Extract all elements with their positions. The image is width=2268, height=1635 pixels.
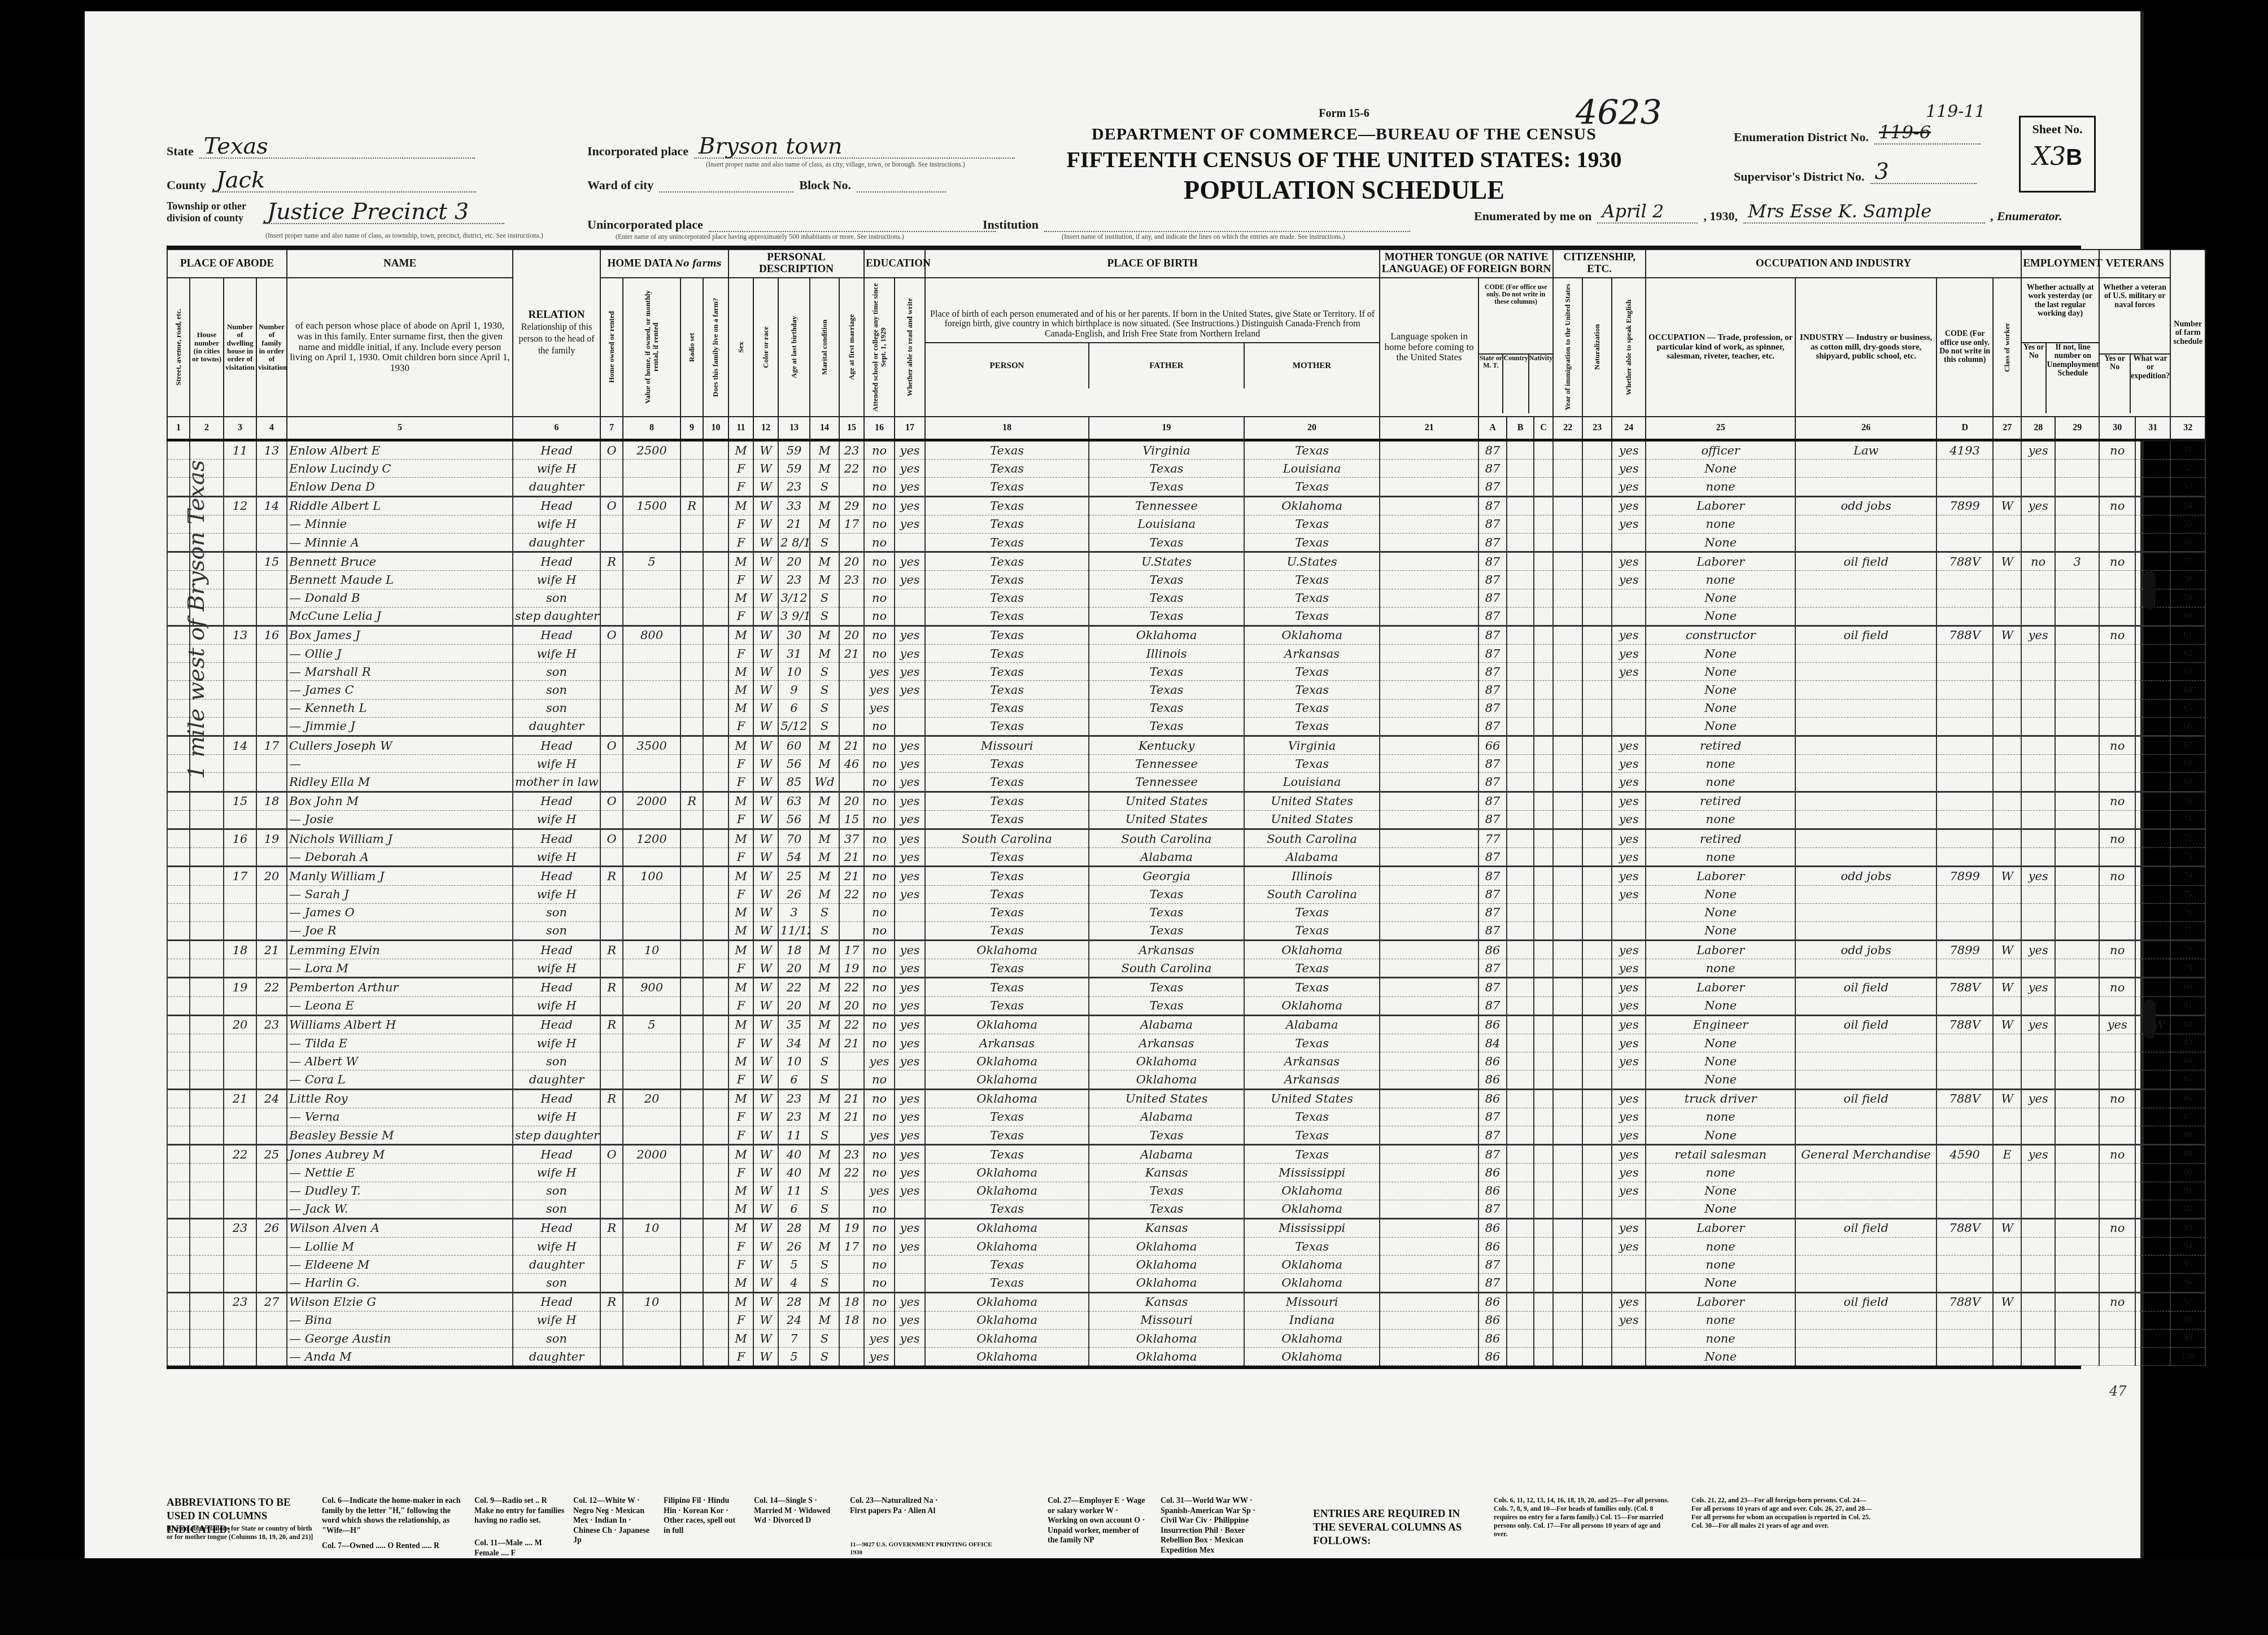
farm-cell (703, 1182, 729, 1200)
dwelling-number-cell (224, 571, 256, 589)
class-of-worker-cell (1993, 1256, 2021, 1274)
naturalization-cell (1582, 1200, 1612, 1218)
immigration-year-cell (1553, 1089, 1582, 1108)
code-a-cell: 87 (1478, 755, 1507, 773)
age-first-marriage-cell: 29 (839, 496, 864, 515)
relation-cell: son (513, 903, 600, 921)
occupation-code-cell (1936, 810, 1993, 829)
race-cell: W (753, 626, 778, 644)
at-work-cell (2021, 1182, 2055, 1200)
age-first-marriage-cell (839, 699, 864, 717)
marital-cell: M (810, 571, 839, 589)
radio-cell (681, 1126, 703, 1144)
occupation-code-cell (1936, 533, 1993, 552)
language-cell (1380, 571, 1478, 589)
table-row: — Jack W.sonMW6SnoTexasTexasOklahoma87No… (167, 1200, 2205, 1218)
enumerated-date: April 2 (1602, 200, 1664, 222)
dwelling-number-cell (224, 515, 256, 533)
code-a-cell: 87 (1478, 552, 1507, 571)
at-work-cell: yes (2021, 941, 2055, 959)
race-cell: W (753, 1164, 778, 1182)
scan-clip-mark (2143, 570, 2156, 610)
race-cell: W (753, 792, 778, 810)
industry-cell (1795, 1256, 1936, 1274)
table-row: 1214Riddle Albert LHeadO1500RMW33M29noye… (167, 496, 2205, 515)
naturalization-cell (1582, 440, 1612, 460)
age-first-marriage-cell: 17 (839, 515, 864, 533)
language-cell (1380, 959, 1478, 978)
name-cell: — Verna (287, 1108, 513, 1126)
age-first-marriage-cell: 17 (839, 941, 864, 959)
age-first-marriage-cell (839, 1070, 864, 1089)
dwelling-number-cell (224, 681, 256, 699)
unemployment-line-cell (2055, 1274, 2099, 1292)
class-of-worker-cell (1993, 1164, 2021, 1182)
immigration-year-cell (1553, 571, 1582, 589)
industry-cell (1795, 996, 1936, 1015)
unemployment-line-cell (2055, 903, 2099, 921)
farm-cell (703, 589, 729, 607)
father-birthplace-cell: Texas (1089, 460, 1244, 478)
age-first-marriage-cell: 22 (839, 1015, 864, 1034)
father-birthplace-cell: Texas (1089, 903, 1244, 921)
speak-english-cell: yes (1612, 571, 1646, 589)
class-of-worker-cell (1993, 736, 2021, 755)
school-cell: yes (864, 1126, 895, 1144)
occupation-cell: None (1646, 533, 1795, 552)
speak-english-cell (1612, 699, 1646, 717)
radio-cell (681, 1145, 703, 1164)
mother-birthplace-cell: Alabama (1244, 848, 1380, 867)
home-owned-cell: R (600, 941, 623, 959)
entries-title: ENTRIES ARE REQUIRED IN THE SEVERAL COLU… (1313, 1507, 1482, 1547)
naturalization-cell (1582, 1108, 1612, 1126)
code-b-cell (1507, 1164, 1534, 1182)
at-work-cell (2021, 885, 2055, 903)
marital-cell: M (810, 848, 839, 867)
ward-label: Ward of city (587, 178, 653, 193)
speak-english-cell: yes (1612, 736, 1646, 755)
abbrev-col14: Col. 14—Single S · Married M · Widowed W… (754, 1496, 839, 1526)
sex-cell: M (729, 1200, 753, 1218)
home-owned-cell: O (600, 1145, 623, 1164)
war-cell (2135, 717, 2170, 736)
table-row: 1821Lemming ElvinHeadR10MW18M17noyesOkla… (167, 941, 2205, 959)
name-cell: Enlow Dena D (287, 478, 513, 496)
supervisor-label: Supervisor's District No. (1734, 169, 1865, 184)
column-number: C (1534, 417, 1553, 440)
mother-birthplace-cell: Texas (1244, 533, 1380, 552)
speak-english-cell: yes (1612, 1182, 1646, 1200)
stamp-number: 4623 (1576, 93, 1662, 133)
age-first-marriage-cell: 37 (839, 829, 864, 847)
race-cell: W (753, 959, 778, 978)
home-value-cell (623, 589, 681, 607)
father-birthplace-cell: Texas (1089, 1200, 1244, 1218)
family-number-cell (256, 810, 287, 829)
read-write-cell (895, 717, 925, 736)
farm-cell (703, 1311, 729, 1329)
occupation-code-cell: 7899 (1936, 496, 1993, 515)
code-b-cell (1507, 1256, 1534, 1274)
form-title-block: Form 15-6 DEPARTMENT OF COMMERCE—BUREAU … (1062, 107, 1626, 205)
naturalization-cell (1582, 829, 1612, 847)
marital-cell: M (810, 1015, 839, 1034)
industry-cell (1795, 589, 1936, 607)
father-birthplace-cell: United States (1089, 1089, 1244, 1108)
naturalization-cell (1582, 1182, 1612, 1200)
read-write-cell (895, 1256, 925, 1274)
speak-english-cell: yes (1612, 496, 1646, 515)
line-number-cell: 81 (2170, 996, 2205, 1015)
radio-cell (681, 1311, 703, 1329)
veteran-cell (2099, 810, 2135, 829)
race-cell: W (753, 552, 778, 571)
naturalization-cell (1582, 607, 1612, 626)
industry-cell: oil field (1795, 1218, 1936, 1237)
farm-cell (703, 755, 729, 773)
marital-cell: M (810, 440, 839, 460)
veteran-cell: no (2099, 978, 2135, 996)
mother-birthplace-cell: Oklahoma (1244, 1182, 1380, 1200)
family-number-cell (256, 478, 287, 496)
war-cell (2135, 959, 2170, 978)
veteran-cell (2099, 885, 2135, 903)
at-work-cell: yes (2021, 1015, 2055, 1034)
age-first-marriage-cell (839, 1200, 864, 1218)
birthplace-cell: Oklahoma (925, 1089, 1089, 1108)
race-cell: W (753, 1052, 778, 1070)
group-place-of-abode: PLACE OF ABODE (167, 250, 287, 278)
at-work-cell (2021, 755, 2055, 773)
unemployment-line-cell (2055, 663, 2099, 681)
relation-cell: Head (513, 496, 600, 515)
farm-cell (703, 959, 729, 978)
family-number-cell (256, 1256, 287, 1274)
table-row: — Jimmie JdaughterFW5/12SnoTexasTexasTex… (167, 717, 2205, 736)
war-cell (2135, 885, 2170, 903)
home-owned-cell (600, 1330, 623, 1348)
read-write-cell: yes (895, 1015, 925, 1034)
speak-english-cell (1612, 589, 1646, 607)
language-cell (1380, 589, 1478, 607)
code-c-cell (1534, 773, 1553, 792)
code-a-cell: 86 (1478, 1182, 1507, 1200)
age-cell: 28 (778, 1218, 810, 1237)
code-head: CODE (For office use only. Do not write … (1479, 281, 1552, 355)
birthplace-cell: Texas (925, 848, 1089, 867)
form-number: Form 15-6 (1062, 107, 1626, 120)
age-cell: 6 (778, 1070, 810, 1089)
race-cell: W (753, 607, 778, 626)
industry-cell (1795, 1238, 1936, 1256)
immigration-year-cell (1553, 959, 1582, 978)
code-b-cell (1507, 460, 1534, 478)
class-of-worker-cell (1993, 478, 2021, 496)
read-write-cell: yes (895, 496, 925, 515)
mother-birthplace-cell: Texas (1244, 515, 1380, 533)
abbrev-col31: Col. 31—World War WW · Spanish-American … (1161, 1496, 1273, 1555)
at-work-cell (2021, 1274, 2055, 1292)
marital-cell: M (810, 959, 839, 978)
birthplace-cell: Texas (925, 552, 1089, 571)
war-cell (2135, 755, 2170, 773)
occupation-cell: Laborer (1646, 552, 1795, 571)
name-cell: — Dudley T. (287, 1182, 513, 1200)
language-cell (1380, 699, 1478, 717)
street-cell (167, 921, 190, 940)
occupation-cell: none (1646, 1164, 1795, 1182)
code-b-cell (1507, 773, 1534, 792)
language-cell (1380, 829, 1478, 847)
age-cell: 26 (778, 1238, 810, 1256)
age-cell: 9 (778, 681, 810, 699)
language-cell (1380, 1164, 1478, 1182)
class-of-worker-cell: W (1993, 1015, 2021, 1034)
radio-cell (681, 1292, 703, 1311)
house-number-cell (190, 1292, 224, 1311)
language-cell (1380, 645, 1478, 663)
unemployment-line-cell (2055, 941, 2099, 959)
age-first-marriage-cell (839, 1274, 864, 1292)
birthplace-cell: Texas (925, 460, 1089, 478)
sheet-number-box: Sheet No. X3B (2019, 116, 2096, 193)
house-number-cell (190, 996, 224, 1015)
occupation-cell: none (1646, 848, 1795, 867)
radio-cell (681, 1015, 703, 1034)
relation-cell: Head (513, 867, 600, 885)
read-write-cell: yes (895, 1126, 925, 1144)
immigration-year-cell (1553, 1274, 1582, 1292)
naturalization-cell (1582, 885, 1612, 903)
birthplace-cell: Oklahoma (925, 1238, 1089, 1256)
war-cell (2135, 645, 2170, 663)
father-birthplace-cell: Alabama (1089, 1145, 1244, 1164)
name-cell: Wilson Elzie G (287, 1292, 513, 1311)
industry-cell: oil field (1795, 1089, 1936, 1108)
race-cell: W (753, 496, 778, 515)
occupation-cell: none (1646, 1238, 1795, 1256)
table-row: — Ollie Jwife HFW31M21noyesTexasIllinois… (167, 645, 2205, 663)
marital-cell: M (810, 941, 839, 959)
home-owned-cell (600, 515, 623, 533)
dwelling-number-cell: 14 (224, 736, 256, 755)
industry-cell: Law (1795, 440, 1936, 460)
col19-header: FATHER (1089, 343, 1245, 388)
group-veterans: VETERANS (2099, 250, 2170, 278)
family-number-cell (256, 1348, 287, 1366)
table-row: 2023Williams Albert HHeadR5MW35M22noyesO… (167, 1015, 2205, 1034)
dwelling-number-cell (224, 1256, 256, 1274)
father-birthplace-cell: Alabama (1089, 848, 1244, 867)
col24-header: Whether able to speak English (1612, 278, 1646, 417)
line-number-cell: 99 (2170, 1330, 2205, 1348)
occupation-cell: None (1646, 717, 1795, 736)
birthplace-cell: Texas (925, 1108, 1089, 1126)
class-of-worker-cell (1993, 1182, 2021, 1200)
war-cell (2135, 1274, 2170, 1292)
immigration-year-cell (1553, 903, 1582, 921)
relation-cell: son (513, 1052, 600, 1070)
class-of-worker-cell (1993, 1311, 2021, 1329)
farm-cell (703, 736, 729, 755)
speak-english-cell: yes (1612, 1034, 1646, 1052)
unemployment-line-cell (2055, 699, 2099, 717)
school-cell: yes (864, 663, 895, 681)
line-number-cell: 64 (2170, 681, 2205, 699)
language-cell (1380, 1256, 1478, 1274)
relation-cell: wife H (513, 959, 600, 978)
code-b-cell (1507, 829, 1534, 847)
relation-cell: Head (513, 1145, 600, 1164)
speak-english-cell: yes (1612, 1311, 1646, 1329)
veteran-cell (2099, 1274, 2135, 1292)
code-c-cell (1534, 1330, 1553, 1348)
occupation-code-cell: 7899 (1936, 867, 1993, 885)
table-row: Enlow Dena DdaughterFW23SnoyesTexasTexas… (167, 478, 2205, 496)
language-cell (1380, 903, 1478, 921)
home-owned-cell (600, 589, 623, 607)
occupation-code-cell (1936, 460, 1993, 478)
name-cell: — Minnie A (287, 533, 513, 552)
age-first-marriage-cell (839, 903, 864, 921)
language-cell (1380, 848, 1478, 867)
farm-cell (703, 1015, 729, 1034)
father-birthplace-cell: Texas (1089, 533, 1244, 552)
unemployment-line-cell (2055, 1292, 2099, 1311)
radio-cell (681, 1330, 703, 1348)
at-work-cell (2021, 717, 2055, 736)
family-number-cell (256, 1200, 287, 1218)
family-number-cell (256, 996, 287, 1015)
relation-cell: wife H (513, 645, 600, 663)
relation-cell: wife H (513, 885, 600, 903)
language-cell (1380, 1292, 1478, 1311)
family-number-cell: 20 (256, 867, 287, 885)
race-cell: W (753, 1311, 778, 1329)
marital-cell: M (810, 885, 839, 903)
language-cell (1380, 921, 1478, 940)
birthplace-cell: Texas (925, 681, 1089, 699)
birthplace-cell: Texas (925, 515, 1089, 533)
home-owned-cell (600, 1238, 623, 1256)
home-value-cell (623, 921, 681, 940)
table-row: — Vernawife HFW23M21noyesTexasAlabamaTex… (167, 1108, 2205, 1126)
farm-cell (703, 810, 729, 829)
dwelling-number-cell: 23 (224, 1292, 256, 1311)
relation-cell: son (513, 1182, 600, 1200)
occupation-code-cell (1936, 699, 1993, 717)
house-number-cell (190, 440, 224, 460)
industry-cell: oil field (1795, 552, 1936, 571)
school-cell: no (864, 571, 895, 589)
mother-birthplace-cell: Texas (1244, 921, 1380, 940)
street-cell (167, 792, 190, 810)
industry-cell (1795, 903, 1936, 921)
immigration-year-cell (1553, 829, 1582, 847)
occupation-cell: retired (1646, 792, 1795, 810)
col3-header: Number of dwelling house in order of vis… (224, 278, 256, 417)
race-cell: W (753, 848, 778, 867)
at-work-cell (2021, 848, 2055, 867)
table-row: 1619Nichols William JHeadO1200MW70M37noy… (167, 829, 2205, 847)
war-cell (2135, 1348, 2170, 1366)
home-value-cell: 900 (623, 978, 681, 996)
language-cell (1380, 1330, 1478, 1348)
industry-cell (1795, 1108, 1936, 1126)
code-c-cell (1534, 867, 1553, 885)
col10-header: Does this family live on a farm? (703, 278, 729, 417)
radio-cell (681, 681, 703, 699)
dwelling-number-cell (224, 699, 256, 717)
farm-cell (703, 773, 729, 792)
name-cell: Pemberton Arthur (287, 978, 513, 996)
naturalization-cell (1582, 903, 1612, 921)
industry-cell (1795, 921, 1936, 940)
father-birthplace-cell: Texas (1089, 699, 1244, 717)
radio-cell (681, 867, 703, 885)
margin-annotation: 1 mile west of Bryson Texas (184, 460, 210, 779)
dwelling-number-cell: 21 (224, 1089, 256, 1108)
language-cell (1380, 478, 1478, 496)
sex-cell: M (729, 792, 753, 810)
table-row: 1922Pemberton ArthurHeadR900MW22M22noyes… (167, 978, 2205, 996)
school-cell: yes (864, 1330, 895, 1348)
birthplace-cell: Oklahoma (925, 1182, 1089, 1200)
speak-english-cell: yes (1612, 440, 1646, 460)
name-cell: Beasley Bessie M (287, 1126, 513, 1144)
veteran-cell: no (2099, 552, 2135, 571)
industry-cell (1795, 571, 1936, 589)
code-b-cell (1507, 571, 1534, 589)
age-first-marriage-cell: 23 (839, 571, 864, 589)
race-cell: W (753, 571, 778, 589)
radio-cell (681, 996, 703, 1015)
marital-cell: M (810, 1218, 839, 1237)
print-code: 11—9027 U.S. GOVERNMENT PRINTING OFFICE … (850, 1541, 997, 1557)
industry-cell (1795, 1311, 1936, 1329)
home-owned-cell (600, 848, 623, 867)
speak-english-cell: yes (1612, 1238, 1646, 1256)
occupation-cell: None (1646, 1274, 1795, 1292)
school-cell: yes (864, 681, 895, 699)
code-b-cell (1507, 810, 1534, 829)
father-birthplace-cell: South Carolina (1089, 829, 1244, 847)
age-first-marriage-cell (839, 607, 864, 626)
sex-cell: M (729, 1015, 753, 1034)
speak-english-cell: yes (1612, 978, 1646, 996)
industry-cell (1795, 533, 1936, 552)
unincorporated-note: (Enter name of any unincorporated place … (616, 233, 904, 241)
language-cell (1380, 810, 1478, 829)
colD-header: CODE (For office use only. Do not write … (1936, 278, 1993, 417)
immigration-year-cell (1553, 1126, 1582, 1144)
language-cell (1380, 1015, 1478, 1034)
code-c-cell (1534, 755, 1553, 773)
age-first-marriage-cell: 21 (839, 645, 864, 663)
occupation-code-cell (1936, 681, 1993, 699)
age-cell: 26 (778, 885, 810, 903)
war-cell (2135, 663, 2170, 681)
veteran-cell (2099, 1126, 2135, 1144)
occupation-code-cell: 788V (1936, 978, 1993, 996)
naturalization-cell (1582, 755, 1612, 773)
at-work-cell (2021, 699, 2055, 717)
read-write-cell (895, 1200, 925, 1218)
house-number-cell (190, 921, 224, 940)
column-number: 18 (925, 417, 1089, 440)
class-of-worker-cell (1993, 589, 2021, 607)
